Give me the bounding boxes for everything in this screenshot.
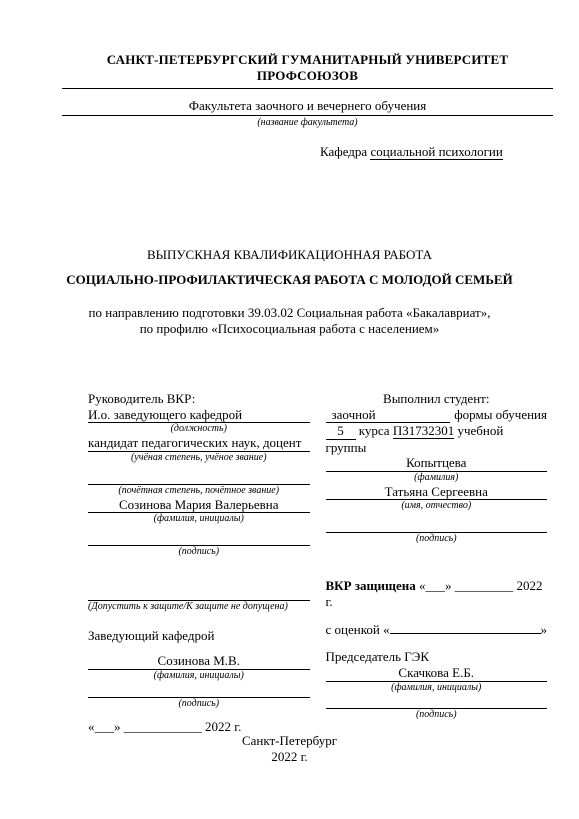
course-group-row: 5 курса ПЗ1732301 учебной группы <box>326 423 548 455</box>
faculty-caption: (название факультета) <box>62 117 553 129</box>
title-block: ВЫПУСКНАЯ КВАЛИФИКАЦИОННАЯ РАБОТА СОЦИАЛ… <box>0 246 579 336</box>
chairman-name: Скачкова Е.Б. <box>326 665 548 682</box>
chairman-signature-caption: (подпись) <box>326 709 548 721</box>
grade-prefix: с оценкой « <box>326 622 390 638</box>
department-value: социальной психологии <box>370 144 502 160</box>
honorary-caption: (почётная степень, почётное звание) <box>88 485 310 497</box>
student-header: Выполнил студент: <box>326 391 548 407</box>
grade-suffix: » <box>541 622 548 638</box>
supervisor-name: Созинова Мария Валерьевна <box>88 497 310 514</box>
page-header: САНКТ-ПЕТЕРБУРГСКИЙ ГУМАНИТАРНЫЙ УНИВЕРС… <box>62 52 553 160</box>
supervisor-degree: кандидат педагогических наук, доцент <box>88 435 310 452</box>
work-title: СОЦИАЛЬНО-ПРОФИЛАКТИЧЕСКАЯ РАБОТА С МОЛО… <box>0 271 579 288</box>
supervisor-header: Руководитель ВКР: <box>88 391 310 407</box>
surname-caption: (фамилия) <box>326 472 548 484</box>
faculty-name: Факультета заочного и вечернего обучения <box>62 98 553 116</box>
student-name: Татьяна Сергеевна <box>326 484 548 501</box>
course-label: курса <box>359 423 390 438</box>
supervisor-signature-line <box>88 525 310 546</box>
department-head-name: Созинова М.В. <box>88 653 310 670</box>
student-column: Выполнил студент: заочной формы обучения… <box>326 391 548 558</box>
head-signature-caption: (подпись) <box>88 698 310 710</box>
thesis-title-page: САНКТ-ПЕТЕРБУРГСКИЙ ГУМАНИТАРНЫЙ УНИВЕРС… <box>0 0 579 819</box>
city: Санкт-Петербург <box>0 733 579 749</box>
work-type: ВЫПУСКНАЯ КВАЛИФИКАЦИОННАЯ РАБОТА <box>0 246 579 263</box>
grade-row: с оценкой « » <box>326 622 548 638</box>
defense-column: ВКР защищена «___» _________ 2022 г. с о… <box>326 578 548 735</box>
program-direction: по направлению подготовки 39.03.02 Социа… <box>0 305 579 321</box>
supervisor-column: Руководитель ВКР: И.о. заведующего кафед… <box>88 391 310 558</box>
honorary-blank-line <box>88 464 310 485</box>
page-footer: Санкт-Петербург 2022 г. <box>0 733 579 764</box>
grade-blank-line <box>390 633 541 634</box>
study-form-label: формы обучения <box>454 407 547 423</box>
chairman-label: Председатель ГЭК <box>326 649 548 665</box>
course-value: 5 <box>326 423 356 440</box>
head-name-caption: (фамилия, инициалы) <box>88 670 310 682</box>
defended-label: ВКР защищена <box>326 578 416 593</box>
student-surname: Копытцева <box>326 455 548 472</box>
position-caption: (должность) <box>88 423 310 435</box>
admission-column: (Допустить к защите/К защите не допущена… <box>88 578 310 735</box>
department-head-label: Заведующий кафедрой <box>88 628 310 644</box>
department-label: Кафедра <box>320 144 367 159</box>
head-signature-line <box>88 682 310 698</box>
supervisor-name-caption: (фамилия, инициалы) <box>88 513 310 525</box>
study-form-row: заочной формы обучения <box>326 407 548 424</box>
bottom-columns: (Допустить к защите/К защите не допущена… <box>88 578 547 735</box>
student-name-caption: (имя, отчество) <box>326 500 548 512</box>
student-signature-caption: (подпись) <box>326 533 548 545</box>
chairman-name-caption: (фамилия, инициалы) <box>326 682 548 694</box>
supervisor-signature-caption: (подпись) <box>88 546 310 558</box>
student-signature-line <box>326 512 548 533</box>
university-name: САНКТ-ПЕТЕРБУРГСКИЙ ГУМАНИТАРНЫЙ УНИВЕРС… <box>62 52 553 89</box>
study-form-value: заочной <box>326 407 451 424</box>
group-value: ПЗ1732301 <box>393 423 454 439</box>
year: 2022 г. <box>0 749 579 765</box>
program-profile: по профилю «Психосоциальная работа с нас… <box>0 321 579 337</box>
supervisor-position: И.о. заведующего кафедрой <box>88 407 310 424</box>
chairman-signature-line <box>326 694 548 709</box>
program-info: по направлению подготовки 39.03.02 Социа… <box>0 305 579 336</box>
degree-caption: (учёная степень, учёное звание) <box>88 452 310 464</box>
defended-row: ВКР защищена «___» _________ 2022 г. <box>326 578 548 610</box>
signature-columns: Руководитель ВКР: И.о. заведующего кафед… <box>88 391 547 558</box>
department-line: Кафедра социальной психологии <box>320 144 553 160</box>
admission-caption: (Допустить к защите/К защите не допущена… <box>88 601 310 613</box>
